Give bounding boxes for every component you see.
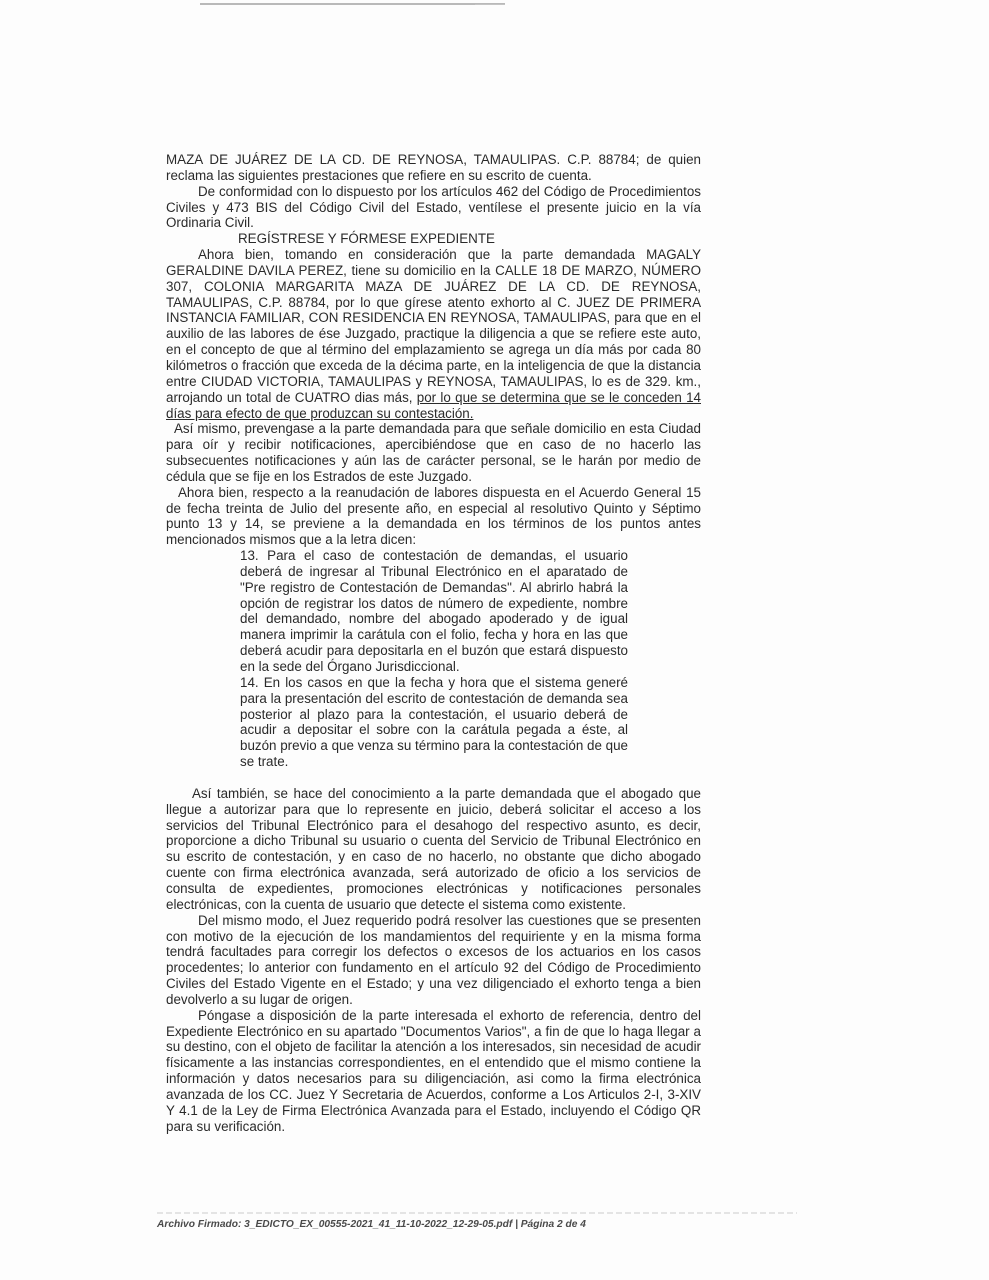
spacer (166, 770, 701, 786)
footer-faint-signature-line (157, 1212, 797, 1214)
paragraph-abogado: Así también, se hace del conocimiento a … (166, 786, 701, 913)
paragraph-juez-requerido: Del mismo modo, el Juez requerido podrá … (166, 913, 701, 1008)
paragraph-exhorto: Ahora bien, tomando en consideración que… (166, 247, 701, 421)
paragraph-legal-basis: De conformidad con lo dispuesto por los … (166, 184, 701, 232)
paragraph-disposicion: Póngase a disposición de la parte intere… (166, 1008, 701, 1135)
section-heading: REGÍSTRESE Y FÓRMESE EXPEDIENTE (166, 231, 701, 247)
quoted-point-14: 14. En los casos en que la fecha y hora … (240, 675, 628, 770)
quoted-point-13: 13. Para el caso de contestación de dema… (240, 548, 628, 675)
signed-file-footer: Archivo Firmado: 3_EDICTO_EX_00555-2021_… (157, 1219, 586, 1230)
paragraph-exhorto-text: Ahora bien, tomando en consideración que… (166, 247, 701, 405)
paragraph-acuerdo-general: Ahora bien, respecto a la reanudación de… (166, 485, 701, 548)
scan-artifact-line (475, 4, 505, 5)
scan-artifact-line (200, 3, 505, 5)
paragraph-address-continuation: MAZA DE JUÁREZ DE LA CD. DE REYNOSA, TAM… (166, 152, 701, 184)
document-body: MAZA DE JUÁREZ DE LA CD. DE REYNOSA, TAM… (166, 152, 701, 1134)
paragraph-domicilio: Así mismo, prevengase a la parte demanda… (166, 421, 701, 484)
